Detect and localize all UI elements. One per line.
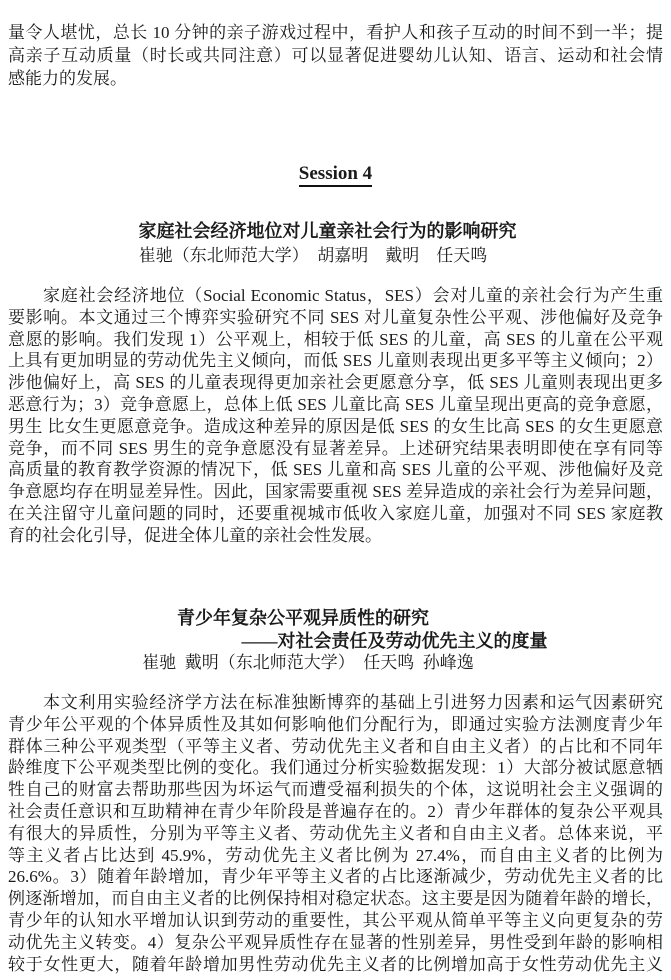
paper1-title: 家庭社会经济地位对儿童亲社会行为的影响研究 [8, 220, 663, 243]
text-line: 动优先主义转变。4）复杂公平观异质性存在显著的性别差异，男性受到年龄的影响相 [8, 932, 663, 954]
text-line: 家庭社会经济地位（Social Economic Status，SES）会对儿童… [8, 285, 663, 307]
text-line: 例逐渐增加，而自由主义者的比例保持相对稳定状态。这主要是因为随着年龄的增长， [8, 888, 663, 910]
text-line: 高亲子互动质量（时长或共同注意）可以显著促进婴幼儿认知、语言、运动和社会情 [8, 45, 663, 68]
text-line: 牲自己的财富去帮助那些因为坏运气而遭受福利损失的个体，这说明社会主义强调的 [8, 779, 663, 801]
paper2-abstract: 本文利用实验经济学方法在标准独断博弈的基础上引进努力因素和运气因素研究青少年公平… [8, 692, 663, 975]
session-heading-label: Session 4 [299, 163, 372, 187]
text-line: 青少年公平观的个体异质性及其如何影响他们分配行为，即通过实验方法测度青少年 [8, 714, 663, 736]
text-line: 男生 比女生更愿意竞争。造成这种差异的原因是低 SES 的女生比高 SES 的女… [8, 416, 663, 438]
text-line: 较于女性更大，随着年龄增加男性劳动优先主义者的比例增加高于女性劳动优先主义 [8, 954, 663, 976]
text-line: 恶意行为；3）竞争意愿上，总体上低 SES 儿童比高 SES 儿童呈现出更高的竞… [8, 394, 663, 416]
text-line: 上具有更加明显的劳动优先主义倾向，而低 SES 儿童则表现出更多平等主义倾向；2… [8, 350, 663, 372]
text-line: 26.6%。3）随着年龄增加，青少年平等主义者的占比逐渐减少，劳动优先主义者的比 [8, 866, 663, 888]
continuation-paragraph: 量令人堪忧，总长 10 分钟的亲子游戏过程中，看护人和孩子互动的时间不到一半；提… [8, 22, 663, 90]
text-line: 感能力的发展。 [8, 68, 663, 91]
text-line: 意愿的影响。我们发现 1）公平观上，相较于低 SES 的儿童，高 SES 的儿童… [8, 329, 663, 351]
text-line: 社会责任意识和互助精神在青少年阶段是普遍存在的。2）青少年群体的复杂公平观具 [8, 801, 663, 823]
text-line: 青少年的认知水平增加认识到劳动的重要性，其公平观从简单平等主义向更复杂的劳 [8, 910, 663, 932]
text-line: 等主义者占比达到 45.9%，劳动优先主义者比例为 27.4%，而自由主义者的比… [8, 845, 663, 867]
text-line: 本文利用实验经济学方法在标准独断博弈的基础上引进努力因素和运气因素研究 [8, 692, 663, 714]
text-line: 涉他偏好上，高 SES 的儿童表现得更加亲社会更愿意分享，低 SES 儿童则表现… [8, 372, 663, 394]
paper1-authors: 崔驰（东北师范大学） 胡嘉明 戴明 任天鸣 [8, 245, 663, 266]
text-line: 量令人堪忧，总长 10 分钟的亲子游戏过程中，看护人和孩子互动的时间不到一半；提 [8, 22, 663, 45]
session-heading: Session 4 [8, 163, 663, 185]
paper1-abstract: 家庭社会经济地位（Social Economic Status，SES）会对儿童… [8, 285, 663, 547]
paper2-title: 青少年复杂公平观异质性的研究 [8, 607, 663, 630]
text-line: 竞争，而不同 SES 男生的竞争意愿没有显著差异。上述研究结果表明即使在享有同等 [8, 438, 663, 460]
document-page: 量令人堪忧，总长 10 分钟的亲子游戏过程中，看护人和孩子互动的时间不到一半；提… [0, 0, 671, 980]
text-line: 要影响。本文通过三个博弈实验研究不同 SES 对儿童复杂性公平观、涉他偏好及竞争 [8, 307, 663, 329]
paper2-title-block: 青少年复杂公平观异质性的研究 ——对社会责任及劳动优先主义的度量 [8, 607, 663, 653]
text-line: 争意愿均存在明显差异性。因此，国家需要重视 SES 差异造成的亲社会行为差异问题… [8, 481, 663, 503]
text-line: 在关注留守儿童问题的同时，还要重视城市低收入家庭儿童，加强对不同 SES 家庭教 [8, 503, 663, 525]
text-line: 有很大的异质性，分别为平等主义者、劳动优先主义者和自由主义者。总体来说，平 [8, 823, 663, 845]
paper2-subtitle: ——对社会责任及劳动优先主义的度量 [8, 630, 663, 653]
text-line: 龄维度下公平观类型比例的变化。我们通过分析实验数据发现：1）大部分被试愿意牺 [8, 757, 663, 779]
text-line: 高质量的教育教学资源的情况下，低 SES 儿童和高 SES 儿童的公平观、涉他偏… [8, 459, 663, 481]
text-line: 群体三种公平观类型（平等主义者、劳动优先主义者和自由主义者）的占比和不同年 [8, 736, 663, 758]
paper2-authors: 崔驰 戴明（东北师范大学） 任天鸣 孙峰逸 [8, 652, 663, 673]
text-line: 育的社会化引导，促进全体儿童的亲社会性发展。 [8, 525, 663, 547]
